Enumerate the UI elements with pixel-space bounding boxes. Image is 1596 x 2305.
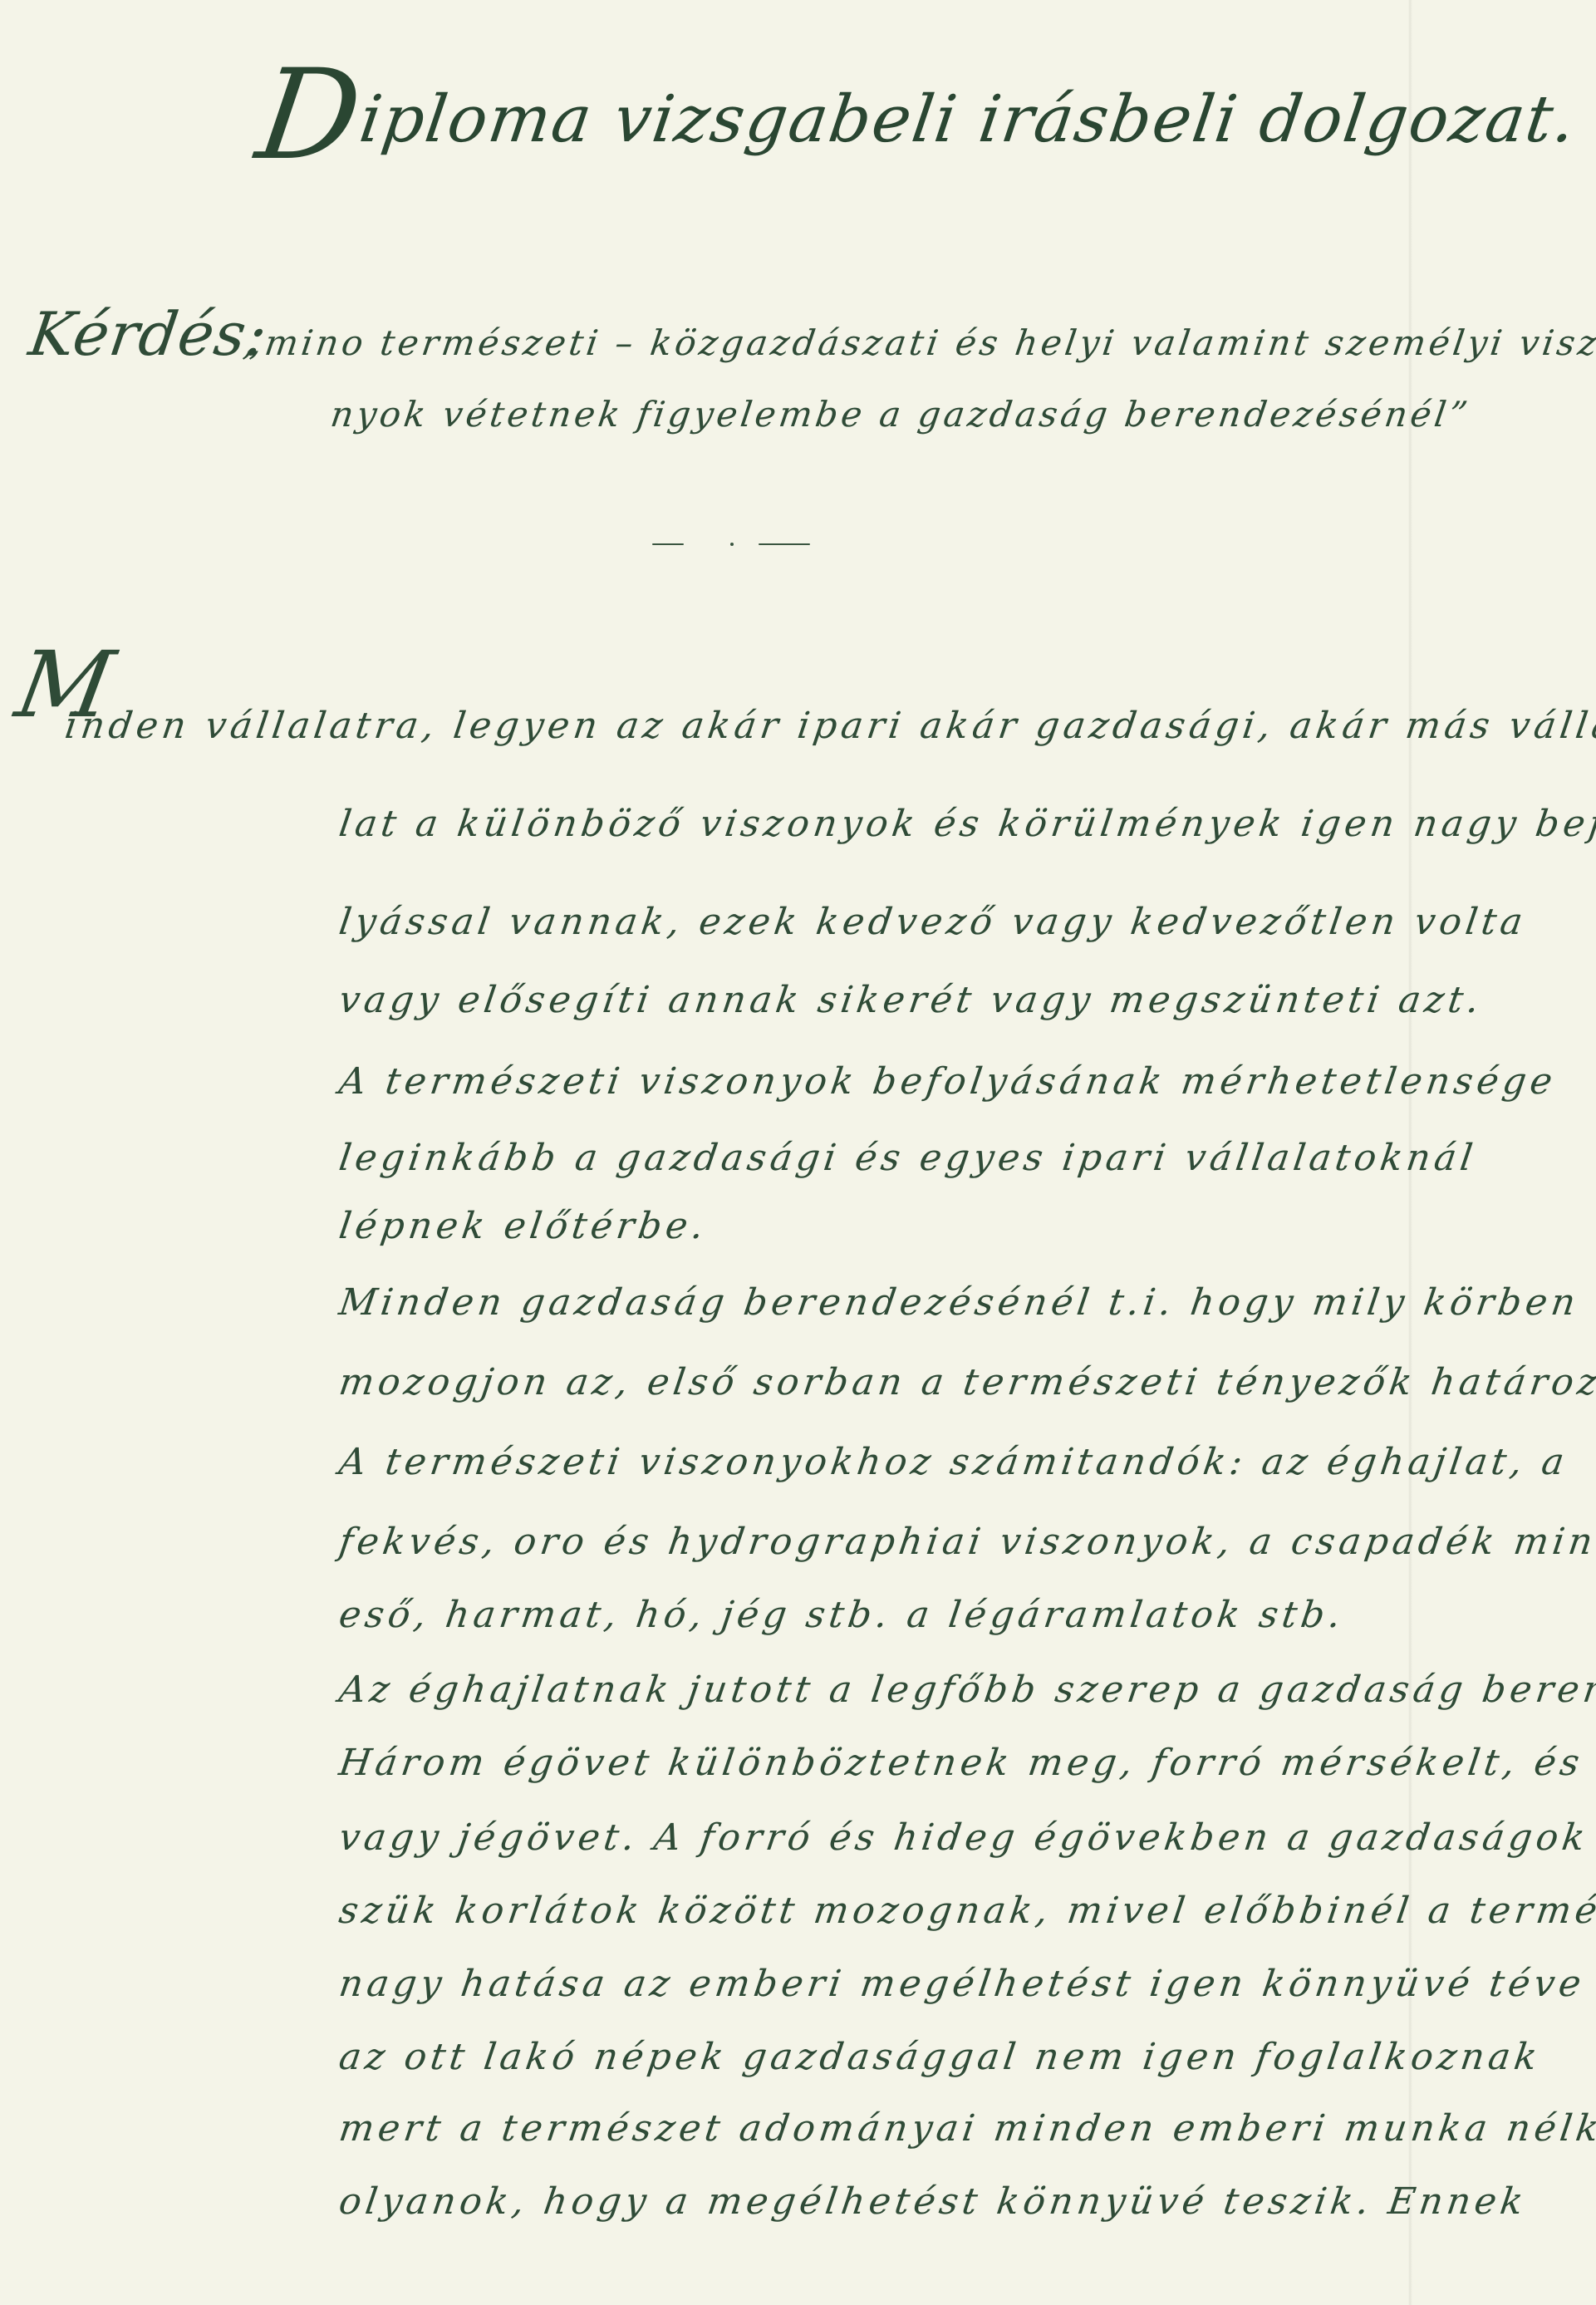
body-line-5: A természeti viszonyok befolyásának mérh… <box>336 1060 1559 1103</box>
body-line-6: leginkább a gazdasági és egyes ipari vál… <box>336 1137 1479 1179</box>
separator-dash-left <box>652 543 684 545</box>
body-line-7: lépnek előtérbe. <box>336 1205 710 1247</box>
body-line-1: inden vállalatra, legyen az akár ipari a… <box>62 705 1596 747</box>
document-title: Diploma vizsgabeli irásbeli dolgozat. <box>249 43 1587 188</box>
body-line-16: szük korlátok között mozognak, mivel elő… <box>336 1890 1596 1932</box>
body-line-14: Három égövet különböztetnek meg, forró m… <box>336 1742 1596 1784</box>
body-line-10: A természeti viszonyokhoz számitandók: a… <box>336 1441 1571 1483</box>
body-line-20: olyanok, hogy a megélhetést könnyüvé tes… <box>336 2180 1530 2223</box>
question-line-2: nyok vétetnek figyelembe a gazdaság bere… <box>328 394 1473 435</box>
section-separator <box>652 542 810 547</box>
question-label: Kérdés: <box>25 299 273 369</box>
body-line-9: mozogjon az, első sorban a természeti té… <box>336 1361 1596 1403</box>
question-line-1: „mino természeti – közgazdászati és hely… <box>241 322 1596 363</box>
body-line-15: vagy jégövet. A forró és hideg égövekben… <box>336 1816 1596 1859</box>
manuscript-page: Diploma vizsgabeli irásbeli dolgozat. Ké… <box>0 0 1596 2305</box>
body-line-4: vagy elősegíti annak sikerét vagy megszü… <box>336 979 1486 1021</box>
body-line-19: mert a természet adományai minden emberi… <box>336 2107 1596 2150</box>
title-initial: D <box>249 43 371 188</box>
separator-dot <box>730 543 734 546</box>
body-line-12: eső, harmat, hó, jég stb. a légáramlatok… <box>336 1594 1348 1636</box>
title-text: iploma vizsgabeli irásbeli dolgozat. <box>355 82 1581 157</box>
body-line-17: nagy hatása az emberi megélhetést igen k… <box>336 1963 1588 2005</box>
body-line-3: lyással vannak, ezek kedvező vagy kedvez… <box>336 901 1530 943</box>
body-line-13: Az éghajlatnak jutott a legfőbb szerep a… <box>336 1669 1596 1711</box>
body-line-18: az ott lakó népek gazdasággal nem igen f… <box>336 2036 1544 2078</box>
separator-dash-right <box>759 543 810 545</box>
body-line-8: Minden gazdaság berendezésénél t.i. hogy… <box>336 1281 1582 1324</box>
body-line-2: lat a különböző viszonyok és körülmények… <box>336 803 1596 845</box>
body-line-11: fekvés, oro és hydrographiai viszonyok, … <box>336 1521 1596 1563</box>
